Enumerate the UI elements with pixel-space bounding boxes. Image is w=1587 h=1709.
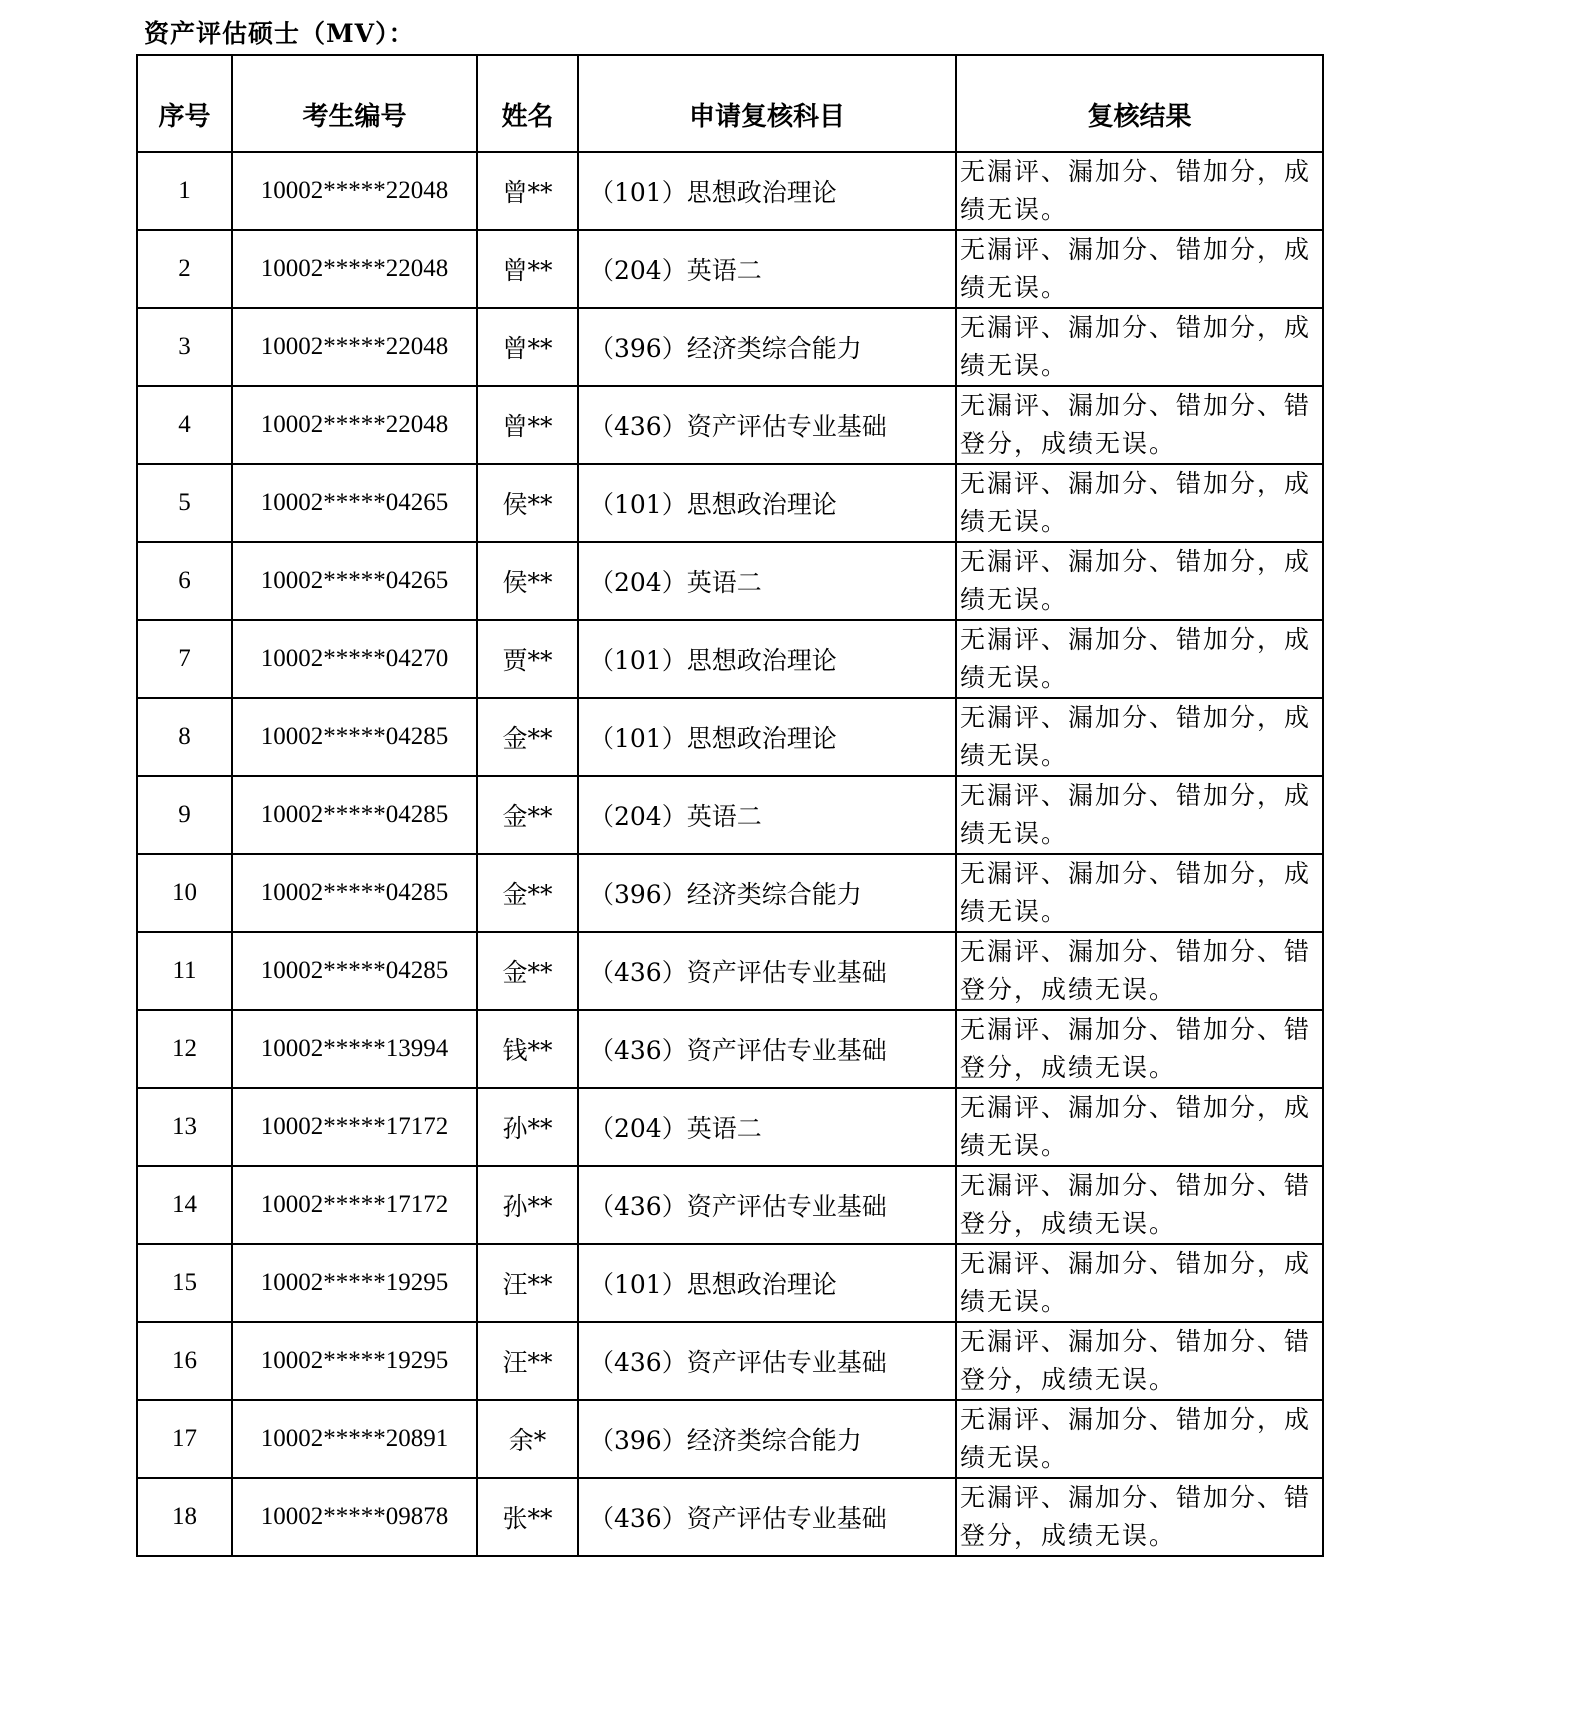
review-results-table: 序号 考生编号 姓名 申请复核科目 复核结果 110002*****22048曾… bbox=[136, 54, 1324, 1557]
header-review-subject: 申请复核科目 bbox=[578, 55, 956, 152]
cell-candidate-id: 10002*****04265 bbox=[232, 542, 477, 620]
section-title: 资产评估硕士（MV）： bbox=[144, 14, 415, 50]
cell-review-result: 无漏评、漏加分、错加分、错登分，成绩无误。 bbox=[956, 386, 1323, 464]
cell-serial-no: 17 bbox=[137, 1400, 232, 1478]
cell-review-result: 无漏评、漏加分、错加分，成绩无误。 bbox=[956, 1244, 1323, 1322]
cell-candidate-id: 10002*****22048 bbox=[232, 386, 477, 464]
cell-serial-no: 7 bbox=[137, 620, 232, 698]
cell-review-subject: （436）资产评估专业基础 bbox=[578, 386, 956, 464]
cell-review-result: 无漏评、漏加分、错加分，成绩无误。 bbox=[956, 1400, 1323, 1478]
cell-serial-no: 4 bbox=[137, 386, 232, 464]
cell-serial-no: 8 bbox=[137, 698, 232, 776]
cell-serial-no: 15 bbox=[137, 1244, 232, 1322]
table-row: 610002*****04265侯**（204）英语二无漏评、漏加分、错加分，成… bbox=[137, 542, 1323, 620]
cell-review-result: 无漏评、漏加分、错加分，成绩无误。 bbox=[956, 776, 1323, 854]
cell-review-result: 无漏评、漏加分、错加分、错登分，成绩无误。 bbox=[956, 1322, 1323, 1400]
cell-review-subject: （436）资产评估专业基础 bbox=[578, 1478, 956, 1556]
cell-name: 汪** bbox=[477, 1244, 578, 1322]
table-row: 1410002*****17172孙**（436）资产评估专业基础无漏评、漏加分… bbox=[137, 1166, 1323, 1244]
cell-name: 孙** bbox=[477, 1166, 578, 1244]
cell-name: 贾** bbox=[477, 620, 578, 698]
cell-review-subject: （396）经济类综合能力 bbox=[578, 1400, 956, 1478]
cell-candidate-id: 10002*****19295 bbox=[232, 1322, 477, 1400]
table-row: 110002*****22048曾**（101）思想政治理论无漏评、漏加分、错加… bbox=[137, 152, 1323, 230]
cell-candidate-id: 10002*****13994 bbox=[232, 1010, 477, 1088]
table-row: 1110002*****04285金**（436）资产评估专业基础无漏评、漏加分… bbox=[137, 932, 1323, 1010]
cell-candidate-id: 10002*****22048 bbox=[232, 308, 477, 386]
cell-candidate-id: 10002*****17172 bbox=[232, 1088, 477, 1166]
cell-name: 侯** bbox=[477, 464, 578, 542]
table-row: 310002*****22048曾**（396）经济类综合能力无漏评、漏加分、错… bbox=[137, 308, 1323, 386]
cell-name: 侯** bbox=[477, 542, 578, 620]
cell-review-result: 无漏评、漏加分、错加分、错登分，成绩无误。 bbox=[956, 1478, 1323, 1556]
cell-name: 曾** bbox=[477, 386, 578, 464]
cell-serial-no: 16 bbox=[137, 1322, 232, 1400]
cell-name: 余* bbox=[477, 1400, 578, 1478]
cell-candidate-id: 10002*****04265 bbox=[232, 464, 477, 542]
table-row: 510002*****04265侯**（101）思想政治理论无漏评、漏加分、错加… bbox=[137, 464, 1323, 542]
cell-candidate-id: 10002*****17172 bbox=[232, 1166, 477, 1244]
cell-serial-no: 10 bbox=[137, 854, 232, 932]
cell-candidate-id: 10002*****20891 bbox=[232, 1400, 477, 1478]
cell-serial-no: 13 bbox=[137, 1088, 232, 1166]
table-row: 1010002*****04285金**（396）经济类综合能力无漏评、漏加分、… bbox=[137, 854, 1323, 932]
cell-candidate-id: 10002*****04285 bbox=[232, 776, 477, 854]
cell-review-subject: （436）资产评估专业基础 bbox=[578, 1322, 956, 1400]
cell-candidate-id: 10002*****22048 bbox=[232, 152, 477, 230]
table-row: 910002*****04285金**（204）英语二无漏评、漏加分、错加分，成… bbox=[137, 776, 1323, 854]
cell-review-subject: （204）英语二 bbox=[578, 776, 956, 854]
table-row: 410002*****22048曾**（436）资产评估专业基础无漏评、漏加分、… bbox=[137, 386, 1323, 464]
cell-review-result: 无漏评、漏加分、错加分，成绩无误。 bbox=[956, 542, 1323, 620]
cell-review-result: 无漏评、漏加分、错加分，成绩无误。 bbox=[956, 464, 1323, 542]
table-body: 110002*****22048曾**（101）思想政治理论无漏评、漏加分、错加… bbox=[137, 152, 1323, 1556]
cell-name: 金** bbox=[477, 776, 578, 854]
cell-name: 金** bbox=[477, 932, 578, 1010]
cell-name: 钱** bbox=[477, 1010, 578, 1088]
cell-review-subject: （436）资产评估专业基础 bbox=[578, 1010, 956, 1088]
cell-serial-no: 5 bbox=[137, 464, 232, 542]
cell-candidate-id: 10002*****04285 bbox=[232, 932, 477, 1010]
cell-name: 汪** bbox=[477, 1322, 578, 1400]
header-review-result: 复核结果 bbox=[956, 55, 1323, 152]
cell-candidate-id: 10002*****04285 bbox=[232, 854, 477, 932]
cell-review-subject: （396）经济类综合能力 bbox=[578, 308, 956, 386]
cell-review-subject: （436）资产评估专业基础 bbox=[578, 1166, 956, 1244]
cell-review-result: 无漏评、漏加分、错加分、错登分，成绩无误。 bbox=[956, 932, 1323, 1010]
cell-serial-no: 9 bbox=[137, 776, 232, 854]
cell-review-subject: （204）英语二 bbox=[578, 542, 956, 620]
cell-review-subject: （101）思想政治理论 bbox=[578, 698, 956, 776]
table-row: 710002*****04270贾**（101）思想政治理论无漏评、漏加分、错加… bbox=[137, 620, 1323, 698]
cell-review-result: 无漏评、漏加分、错加分，成绩无误。 bbox=[956, 620, 1323, 698]
cell-review-subject: （101）思想政治理论 bbox=[578, 1244, 956, 1322]
table-row: 1210002*****13994钱**（436）资产评估专业基础无漏评、漏加分… bbox=[137, 1010, 1323, 1088]
cell-review-result: 无漏评、漏加分、错加分、错登分，成绩无误。 bbox=[956, 1010, 1323, 1088]
cell-candidate-id: 10002*****04270 bbox=[232, 620, 477, 698]
cell-serial-no: 3 bbox=[137, 308, 232, 386]
header-name: 姓名 bbox=[477, 55, 578, 152]
table-row: 1510002*****19295汪**（101）思想政治理论无漏评、漏加分、错… bbox=[137, 1244, 1323, 1322]
cell-candidate-id: 10002*****19295 bbox=[232, 1244, 477, 1322]
cell-review-result: 无漏评、漏加分、错加分，成绩无误。 bbox=[956, 854, 1323, 932]
cell-review-subject: （436）资产评估专业基础 bbox=[578, 932, 956, 1010]
cell-candidate-id: 10002*****04285 bbox=[232, 698, 477, 776]
cell-name: 曾** bbox=[477, 152, 578, 230]
cell-review-subject: （101）思想政治理论 bbox=[578, 152, 956, 230]
table-row: 1710002*****20891余*（396）经济类综合能力无漏评、漏加分、错… bbox=[137, 1400, 1323, 1478]
table-row: 1310002*****17172孙**（204）英语二无漏评、漏加分、错加分，… bbox=[137, 1088, 1323, 1166]
cell-review-subject: （204）英语二 bbox=[578, 230, 956, 308]
cell-review-subject: （101）思想政治理论 bbox=[578, 620, 956, 698]
cell-review-subject: （204）英语二 bbox=[578, 1088, 956, 1166]
cell-review-result: 无漏评、漏加分、错加分，成绩无误。 bbox=[956, 308, 1323, 386]
cell-review-subject: （101）思想政治理论 bbox=[578, 464, 956, 542]
cell-name: 孙** bbox=[477, 1088, 578, 1166]
cell-serial-no: 12 bbox=[137, 1010, 232, 1088]
cell-serial-no: 14 bbox=[137, 1166, 232, 1244]
cell-review-result: 无漏评、漏加分、错加分，成绩无误。 bbox=[956, 230, 1323, 308]
cell-serial-no: 18 bbox=[137, 1478, 232, 1556]
cell-name: 曾** bbox=[477, 308, 578, 386]
cell-candidate-id: 10002*****09878 bbox=[232, 1478, 477, 1556]
cell-candidate-id: 10002*****22048 bbox=[232, 230, 477, 308]
table-header-row: 序号 考生编号 姓名 申请复核科目 复核结果 bbox=[137, 55, 1323, 152]
cell-review-result: 无漏评、漏加分、错加分，成绩无误。 bbox=[956, 698, 1323, 776]
cell-serial-no: 6 bbox=[137, 542, 232, 620]
cell-name: 金** bbox=[477, 698, 578, 776]
cell-review-result: 无漏评、漏加分、错加分，成绩无误。 bbox=[956, 1088, 1323, 1166]
cell-review-subject: （396）经济类综合能力 bbox=[578, 854, 956, 932]
header-candidate-id: 考生编号 bbox=[232, 55, 477, 152]
cell-serial-no: 11 bbox=[137, 932, 232, 1010]
cell-review-result: 无漏评、漏加分、错加分、错登分，成绩无误。 bbox=[956, 1166, 1323, 1244]
cell-name: 曾** bbox=[477, 230, 578, 308]
cell-name: 金** bbox=[477, 854, 578, 932]
table-row: 1610002*****19295汪**（436）资产评估专业基础无漏评、漏加分… bbox=[137, 1322, 1323, 1400]
cell-serial-no: 1 bbox=[137, 152, 232, 230]
cell-serial-no: 2 bbox=[137, 230, 232, 308]
table-row: 810002*****04285金**（101）思想政治理论无漏评、漏加分、错加… bbox=[137, 698, 1323, 776]
table-row: 1810002*****09878张**（436）资产评估专业基础无漏评、漏加分… bbox=[137, 1478, 1323, 1556]
header-serial-no: 序号 bbox=[137, 55, 232, 152]
table-row: 210002*****22048曾**（204）英语二无漏评、漏加分、错加分，成… bbox=[137, 230, 1323, 308]
cell-review-result: 无漏评、漏加分、错加分，成绩无误。 bbox=[956, 152, 1323, 230]
cell-name: 张** bbox=[477, 1478, 578, 1556]
